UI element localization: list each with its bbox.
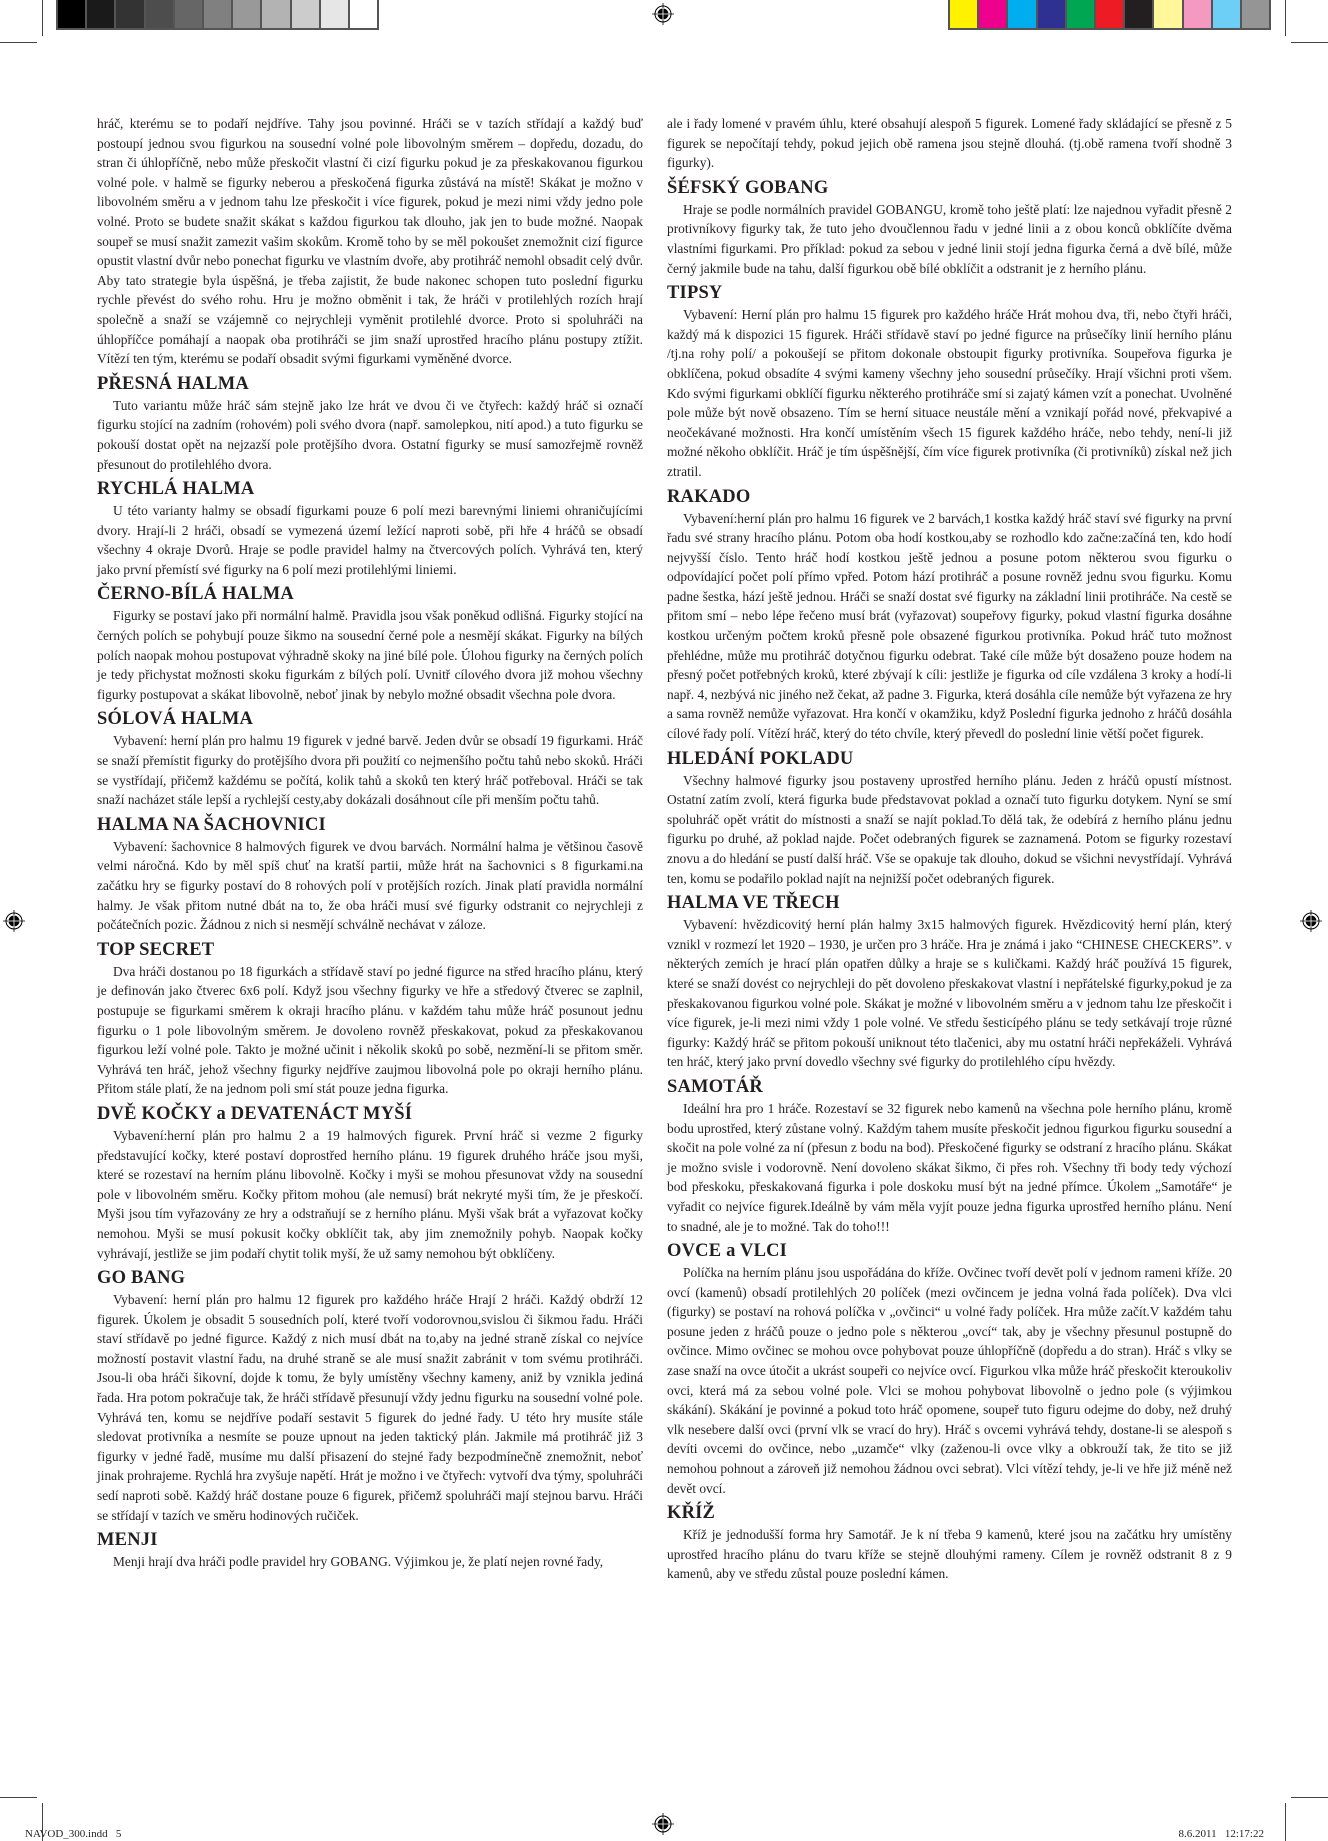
color-swatch bbox=[1125, 0, 1152, 28]
crop-mark bbox=[1285, 0, 1286, 36]
continued-paragraph: ale i řady lomené v pravém úhlu, které o… bbox=[667, 114, 1232, 173]
section-body: Vybavení: hvězdicovitý herní plán halmy … bbox=[667, 915, 1232, 1072]
section-heading: DVĚ KOČKY a DEVATENÁCT MYŠÍ bbox=[97, 1103, 643, 1125]
section-body: Dva hráči dostanou po 18 figurkách a stř… bbox=[97, 962, 643, 1099]
color-swatch bbox=[1154, 0, 1181, 28]
section-heading: SAMOTÁŘ bbox=[667, 1076, 1232, 1098]
color-swatch bbox=[233, 0, 260, 28]
color-swatch bbox=[146, 0, 173, 28]
crop-mark bbox=[1291, 42, 1328, 43]
section-body: Vybavení:herní plán pro halmu 16 figurek… bbox=[667, 509, 1232, 744]
color-swatch bbox=[1096, 0, 1123, 28]
color-swatch bbox=[87, 0, 114, 28]
right-text-column: ale i řady lomené v pravém úhlu, které o… bbox=[667, 114, 1232, 1584]
section-heading: RAKADO bbox=[667, 486, 1232, 508]
section-heading: HALMA VE TŘECH bbox=[667, 892, 1232, 914]
continued-paragraph: hráč, kterému se to podaří nejdříve. Tah… bbox=[97, 114, 643, 369]
color-swatch bbox=[1213, 0, 1240, 28]
color-swatch bbox=[58, 0, 85, 28]
section-body: Tuto variantu může hráč sám stejně jako … bbox=[97, 396, 643, 474]
crop-mark bbox=[0, 1797, 37, 1798]
print-timestamp: 8.6.2011 12:17:22 bbox=[1179, 1828, 1264, 1840]
color-swatch bbox=[262, 0, 289, 28]
section-body: Ideální hra pro 1 hráče. Rozestaví se 32… bbox=[667, 1099, 1232, 1236]
section-heading: RYCHLÁ HALMA bbox=[97, 478, 643, 500]
color-swatch bbox=[350, 0, 377, 28]
section-heading: ČERNO-BÍLÁ HALMA bbox=[97, 583, 643, 605]
registration-mark-icon bbox=[3, 910, 25, 932]
color-swatch bbox=[1242, 0, 1269, 28]
color-swatch bbox=[950, 0, 977, 28]
section-body: Vybavení:herní plán pro halmu 2 a 19 hal… bbox=[97, 1126, 643, 1263]
registration-mark-icon bbox=[652, 3, 674, 25]
section-body: Vybavení: herní plán pro halmu 19 figure… bbox=[97, 731, 643, 809]
color-swatch bbox=[116, 0, 143, 28]
section-list: ŠÉFSKÝ GOBANGHraje se podle normálních p… bbox=[667, 177, 1232, 1584]
registration-mark-icon bbox=[652, 1813, 674, 1835]
crop-mark bbox=[0, 42, 37, 43]
section-heading: KŘÍŽ bbox=[667, 1502, 1232, 1524]
section-list: PŘESNÁ HALMATuto variantu může hráč sám … bbox=[97, 373, 643, 1572]
section-body: Vybavení: šachovnice 8 halmových figurek… bbox=[97, 837, 643, 935]
crop-mark bbox=[1285, 1803, 1286, 1841]
section-body: Vybavení: herní plán pro halmu 12 figure… bbox=[97, 1290, 643, 1525]
section-heading: TIPSY bbox=[667, 282, 1232, 304]
color-swatch bbox=[979, 0, 1006, 28]
section-body: Vybavení: Herní plán pro halmu 15 figure… bbox=[667, 305, 1232, 481]
file-slug: NAVOD_300.indd 5 bbox=[25, 1828, 121, 1840]
color-swatch bbox=[175, 0, 202, 28]
section-heading: GO BANG bbox=[97, 1267, 643, 1289]
registration-mark-icon bbox=[1300, 910, 1322, 932]
section-body: U této varianty halmy se obsadí figurkam… bbox=[97, 501, 643, 579]
color-swatch bbox=[321, 0, 348, 28]
section-body: Kříž je jednodušší forma hry Samotář. Je… bbox=[667, 1525, 1232, 1584]
section-body: Menji hrají dva hráči podle pravidel hry… bbox=[97, 1552, 643, 1572]
section-heading: SÓLOVÁ HALMA bbox=[97, 708, 643, 730]
color-swatch bbox=[1067, 0, 1094, 28]
section-heading: HALMA NA ŠACHOVNICI bbox=[97, 814, 643, 836]
color-swatch bbox=[204, 0, 231, 28]
section-heading: ŠÉFSKÝ GOBANG bbox=[667, 177, 1232, 199]
section-heading: OVCE a VLCI bbox=[667, 1240, 1232, 1262]
color-swatch bbox=[1008, 0, 1035, 28]
left-text-column: hráč, kterému se to podaří nejdříve. Tah… bbox=[97, 114, 643, 1572]
section-body: Figurky se postaví jako při normální hal… bbox=[97, 606, 643, 704]
crop-mark bbox=[1291, 1797, 1328, 1798]
section-heading: PŘESNÁ HALMA bbox=[97, 373, 643, 395]
color-swatch bbox=[292, 0, 319, 28]
section-body: Všechny halmové figurky jsou postaveny u… bbox=[667, 771, 1232, 889]
grayscale-calibration-bar bbox=[56, 0, 379, 30]
color-swatch bbox=[1184, 0, 1211, 28]
color-calibration-bar bbox=[948, 0, 1271, 30]
section-heading: TOP SECRET bbox=[97, 939, 643, 961]
color-swatch bbox=[1038, 0, 1065, 28]
section-heading: MENJI bbox=[97, 1529, 643, 1551]
section-body: Hraje se podle normálních pravidel GOBAN… bbox=[667, 200, 1232, 278]
section-body: Políčka na herním plánu jsou uspořádána … bbox=[667, 1263, 1232, 1498]
section-heading: HLEDÁNÍ POKLADU bbox=[667, 748, 1232, 770]
crop-mark bbox=[42, 0, 43, 36]
